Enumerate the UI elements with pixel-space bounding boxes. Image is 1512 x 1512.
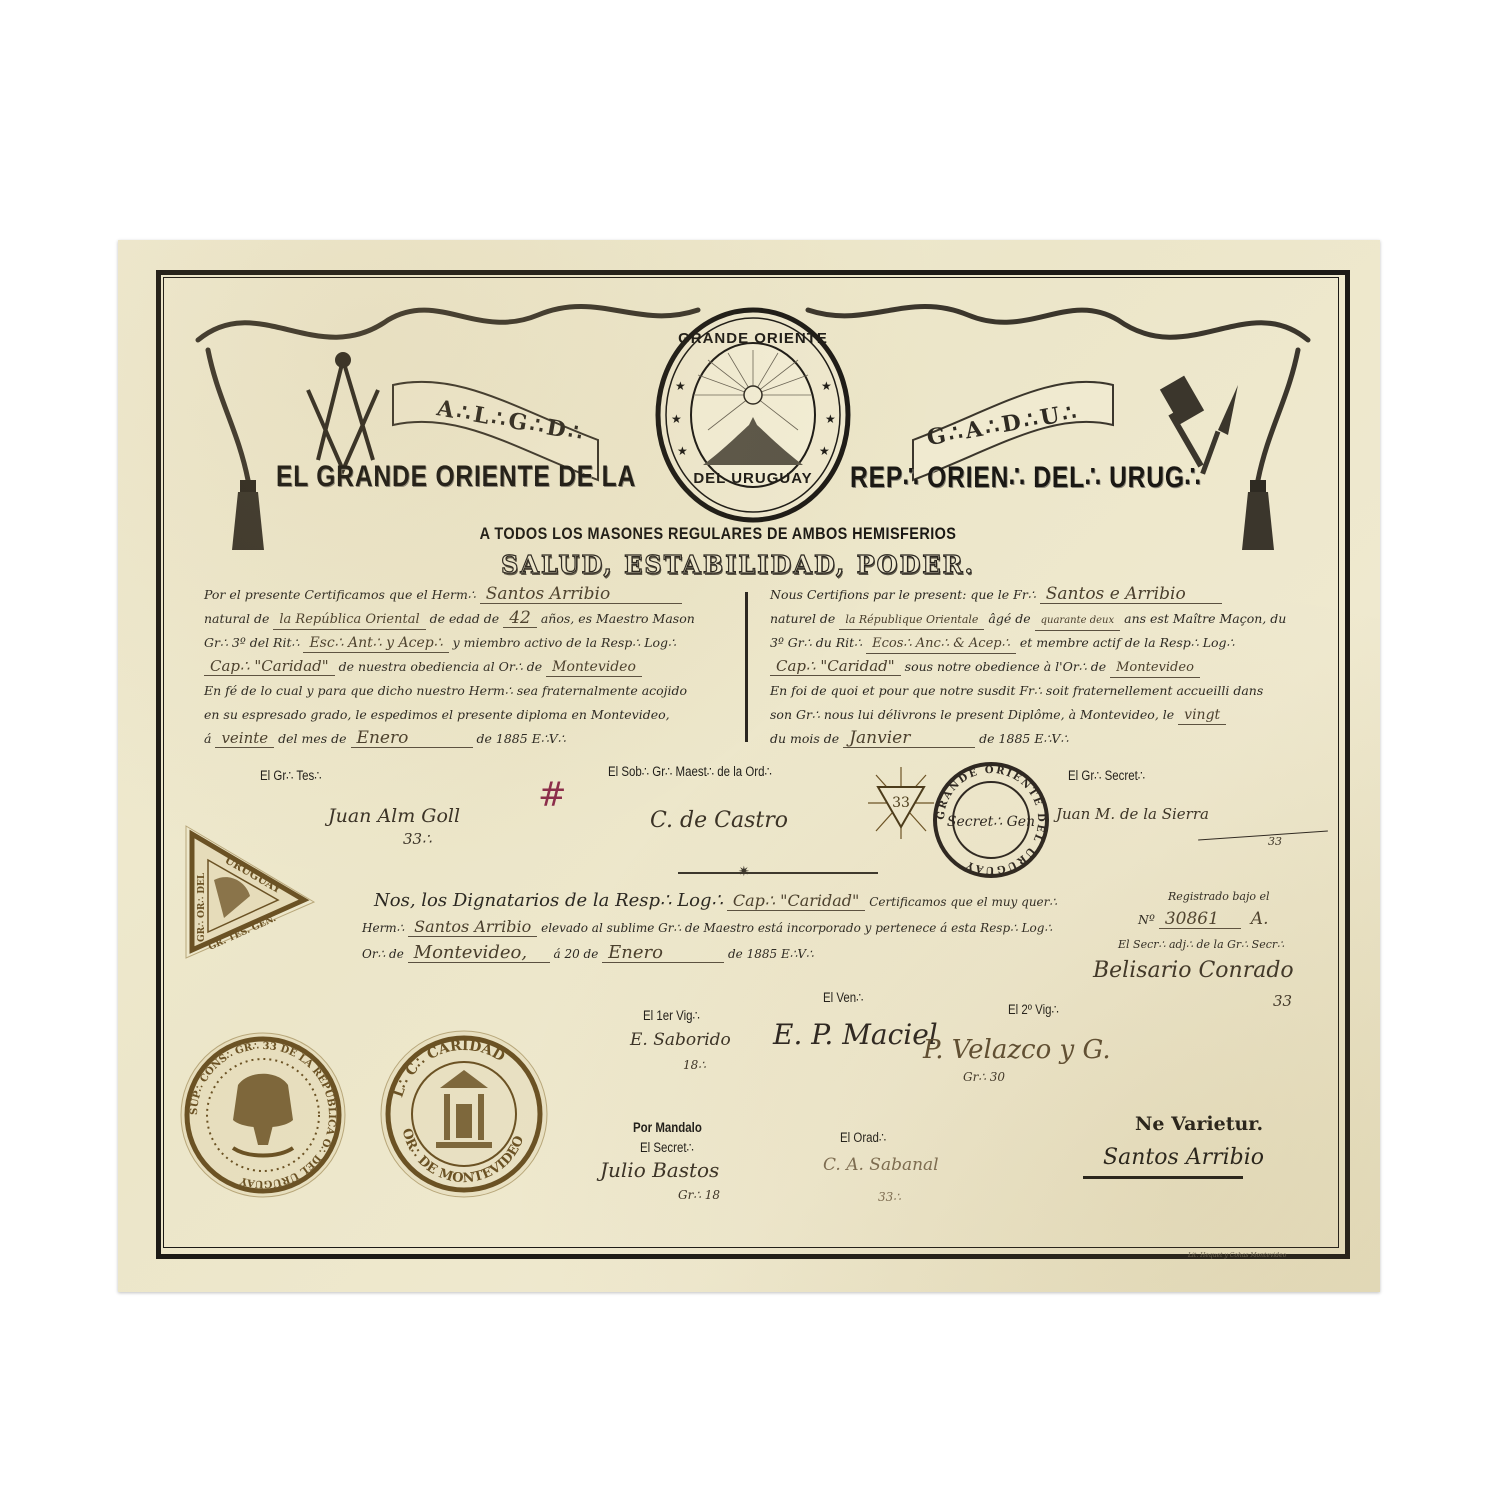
svg-text:★: ★ <box>671 412 682 426</box>
lodge-caridad-seal: L∴ C∴ CARIDAD OR∴ DE MONTEVIDEO <box>378 1028 550 1200</box>
master-label: El Ven∴ <box>823 990 863 1006</box>
supreme-council-seal: SUP∴ CONS∴ GR∴ 33 DE LA REPUBLICA O∴ DEL… <box>178 1030 348 1200</box>
first-warden-degree: 18∴ <box>683 1058 706 1072</box>
registry-secretary-signature: Belisario Conrado <box>1093 958 1294 983</box>
french-certificate: Nous Certifions par le present: que le F… <box>770 583 1286 751</box>
svg-text:Secret∴ Gen: Secret∴ Gen <box>947 814 1035 830</box>
grand-master-label: El Sob∴ Gr∴ Maest∴ de la Ord∴ <box>608 764 772 780</box>
lodge-secretary-label: El Secret∴ <box>640 1140 694 1156</box>
svg-text:★: ★ <box>819 444 830 458</box>
orator-label: El Orad∴ <box>840 1130 886 1146</box>
second-warden-degree: Gr∴ 30 <box>963 1070 1005 1084</box>
holder-signature-underline <box>1083 1176 1243 1179</box>
grand-treasury-triangle-seal: URUGUAY GR∴ OR∴ DEL GR. TES. GEN. <box>180 822 320 962</box>
column-divider <box>745 592 748 742</box>
registry-number: Nº 30861 A. <box>1138 908 1274 932</box>
treasurer-label: El Gr∴ Tes∴ <box>260 768 322 784</box>
first-warden-signature: E. Saborido <box>630 1030 731 1050</box>
registry-label: Registrado bajo el <box>1168 885 1270 909</box>
svg-text:GR∴ OR∴ DEL: GR∴ OR∴ DEL <box>197 872 207 942</box>
svg-text:★: ★ <box>821 379 832 393</box>
tassel-left-icon <box>232 480 264 550</box>
secretary-general-stamp: GRANDE ORIENTE DEL URUGUAY Secret∴ Gen <box>933 760 1049 880</box>
treasurer-degree: 33∴ <box>403 830 432 848</box>
holder-signature: Santos Arribio <box>1103 1145 1264 1170</box>
second-warden-signature: P. Velazco y G. <box>923 1035 1111 1065</box>
square-compass-icon <box>308 354 378 470</box>
degree-33-seal: 33 <box>866 765 936 840</box>
red-hash-mark: # <box>538 775 567 815</box>
second-warden-label: El 2º Vig∴ <box>1008 1002 1059 1018</box>
treasurer-signature: Juan Alm Goll <box>328 805 460 827</box>
title-left: EL GRANDE ORIENTE DE LA <box>276 460 636 494</box>
diploma-paper: ★★★ ★★★ A∴L∴G∴D∴ G∴A∴D∴U∴ GRANDE ORIENTE… <box>118 240 1380 1292</box>
emblem-bottom-text: DEL URUGUAY <box>693 470 813 487</box>
title-right: REP∴ ORIEN∴ DEL∴ URUG∴ <box>850 460 1201 495</box>
svg-text:★: ★ <box>677 444 688 458</box>
subtitle: A TODOS LOS MASONES REGULARES DE AMBOS H… <box>446 524 990 544</box>
svg-text:★: ★ <box>825 412 836 426</box>
svg-text:33: 33 <box>892 795 910 811</box>
emblem-top-text: GRANDE ORIENTE <box>678 330 828 347</box>
printer-credit: Lit. Hequet y Cohas Montevideo <box>1188 1252 1286 1259</box>
ornament-divider-right <box>758 872 878 874</box>
ornament-star-icon: ✷ <box>738 864 750 880</box>
master-signature: E. P. Maciel <box>773 1018 938 1051</box>
lodge-certification: Nos, los Dignatarios de la Resp∴ Log∴ Ca… <box>374 888 1057 967</box>
orator-signature: C. A. Sabanal <box>823 1155 939 1175</box>
grand-master-signature: C. de Castro <box>650 808 788 833</box>
first-warden-label: El 1er Vig∴ <box>643 1008 700 1024</box>
ne-varietur-label: Ne Varietur. <box>1135 1113 1263 1135</box>
registry-secretary-label: El Secr∴ adj∴ de la Gr∴ Secr∴ <box>1118 933 1284 957</box>
lodge-secretary-signature: Julio Bastos <box>600 1158 719 1182</box>
mandate-label: Por Mandalo <box>633 1120 702 1135</box>
secretary-signature: Juan M. de la Sierra <box>1056 805 1209 823</box>
secretary-degree: 33 <box>1268 835 1282 848</box>
motto: SALUD, ESTABILIDAD, PODER. <box>468 550 1008 579</box>
sun-icon <box>744 386 762 404</box>
spanish-certificate: Por el presente Certificamos que el Herm… <box>204 583 695 751</box>
tassel-right-icon <box>1242 480 1274 550</box>
lodge-secretary-degree: Gr∴ 18 <box>678 1188 720 1202</box>
secretary-label: El Gr∴ Secret∴ <box>1068 768 1145 784</box>
orator-degree: 33∴ <box>878 1190 901 1204</box>
svg-text:★: ★ <box>675 379 686 393</box>
registry-secretary-degree: 33 <box>1273 992 1292 1010</box>
header-engraving: ★★★ ★★★ <box>178 280 1328 550</box>
